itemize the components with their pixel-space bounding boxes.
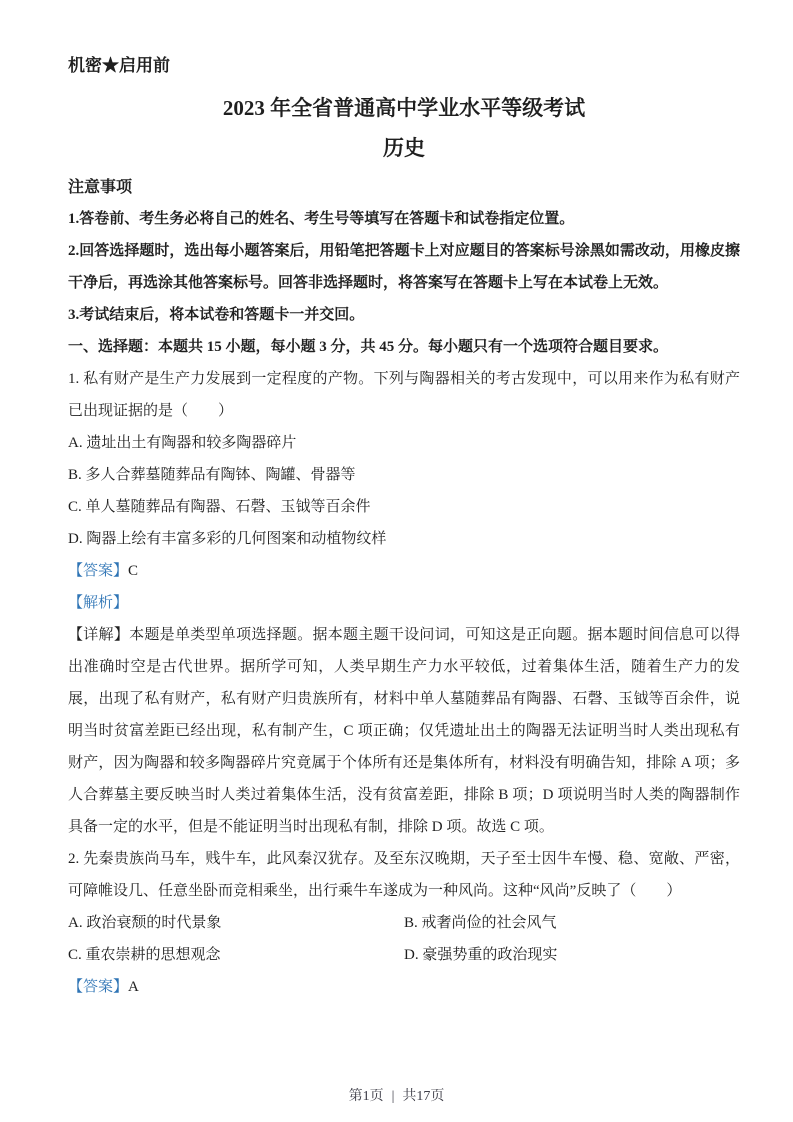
answer-value: C — [128, 563, 138, 579]
question-1-option-b: B. 多人合葬墓随葬品有陶钵、陶罐、骨器等 — [68, 459, 740, 491]
question-1-option-a: A. 遗址出土有陶器和较多陶器碎片 — [68, 427, 740, 459]
page-footer: 第1页|共17页 — [0, 1088, 793, 1106]
question-2-options: A. 政治衰颓的时代景象 B. 戒奢尚俭的社会风气 C. 重农崇耕的思想观念 D… — [68, 907, 740, 971]
question-2-stem: 2. 先秦贵族尚马车，贱牛车，此风秦汉犹存。及至东汉晚期，天子至士因牛车慢、稳、… — [68, 843, 740, 907]
question-1-answer-line: 【答案】C — [68, 555, 740, 587]
question-2-option-d: D. 豪强势重的政治现实 — [404, 939, 740, 971]
classification-label: 机密★启用前 — [68, 55, 740, 77]
footer-total-pages: 共17页 — [402, 1089, 444, 1104]
exam-page: 机密★启用前 2023 年全省普通高中学业水平等级考试 历史 注意事项 1.答卷… — [0, 0, 793, 1122]
exam-subject: 历史 — [68, 133, 740, 163]
notice-item-2: 2.回答选择题时，选出每小题答案后，用铅笔把答题卡上对应题目的答案标号涂黑如需改… — [68, 235, 740, 299]
notice-item-3: 3.考试结束后，将本试卷和答题卡一并交回。 — [68, 299, 740, 331]
question-2-answer-line: 【答案】A — [68, 971, 740, 1003]
answer-label: 【答案】 — [68, 563, 128, 579]
analysis-label: 【解析】 — [68, 595, 128, 611]
footer-separator: | — [392, 1089, 395, 1104]
notice-item-1: 1.答卷前、考生务必将自己的姓名、考生号等填写在答题卡和试卷指定位置。 — [68, 203, 740, 235]
question-2-option-c: C. 重农崇耕的思想观念 — [68, 939, 404, 971]
question-2-option-b: B. 戒奢尚俭的社会风气 — [404, 907, 740, 939]
question-2-option-a: A. 政治衰颓的时代景象 — [68, 907, 404, 939]
notice-heading: 注意事项 — [68, 173, 740, 203]
footer-current-page: 第1页 — [349, 1089, 384, 1104]
detail-text: 本题是单类型单项选择题。据本题主题干设问词，可知这是正向题。据本题时间信息可以得… — [68, 627, 740, 835]
section-header: 一、选择题：本题共 15 小题，每小题 3 分，共 45 分。每小题只有一个选项… — [68, 331, 740, 363]
answer-value: A — [128, 979, 139, 995]
answer-label: 【答案】 — [68, 979, 128, 995]
question-1-option-d: D. 陶器上绘有丰富多彩的几何图案和动植物纹样 — [68, 523, 740, 555]
detail-label: 【详解】 — [68, 627, 129, 643]
question-1-stem: 1. 私有财产是生产力发展到一定程度的产物。下列与陶器相关的考古发现中，可以用来… — [68, 363, 740, 427]
question-1-option-c: C. 单人墓随葬品有陶器、石磬、玉钺等百余件 — [68, 491, 740, 523]
question-1-detail: 【详解】本题是单类型单项选择题。据本题主题干设问词，可知这是正向题。据本题时间信… — [68, 619, 740, 843]
question-1-analysis-line: 【解析】 — [68, 587, 740, 619]
exam-title: 2023 年全省普通高中学业水平等级考试 — [68, 93, 740, 123]
